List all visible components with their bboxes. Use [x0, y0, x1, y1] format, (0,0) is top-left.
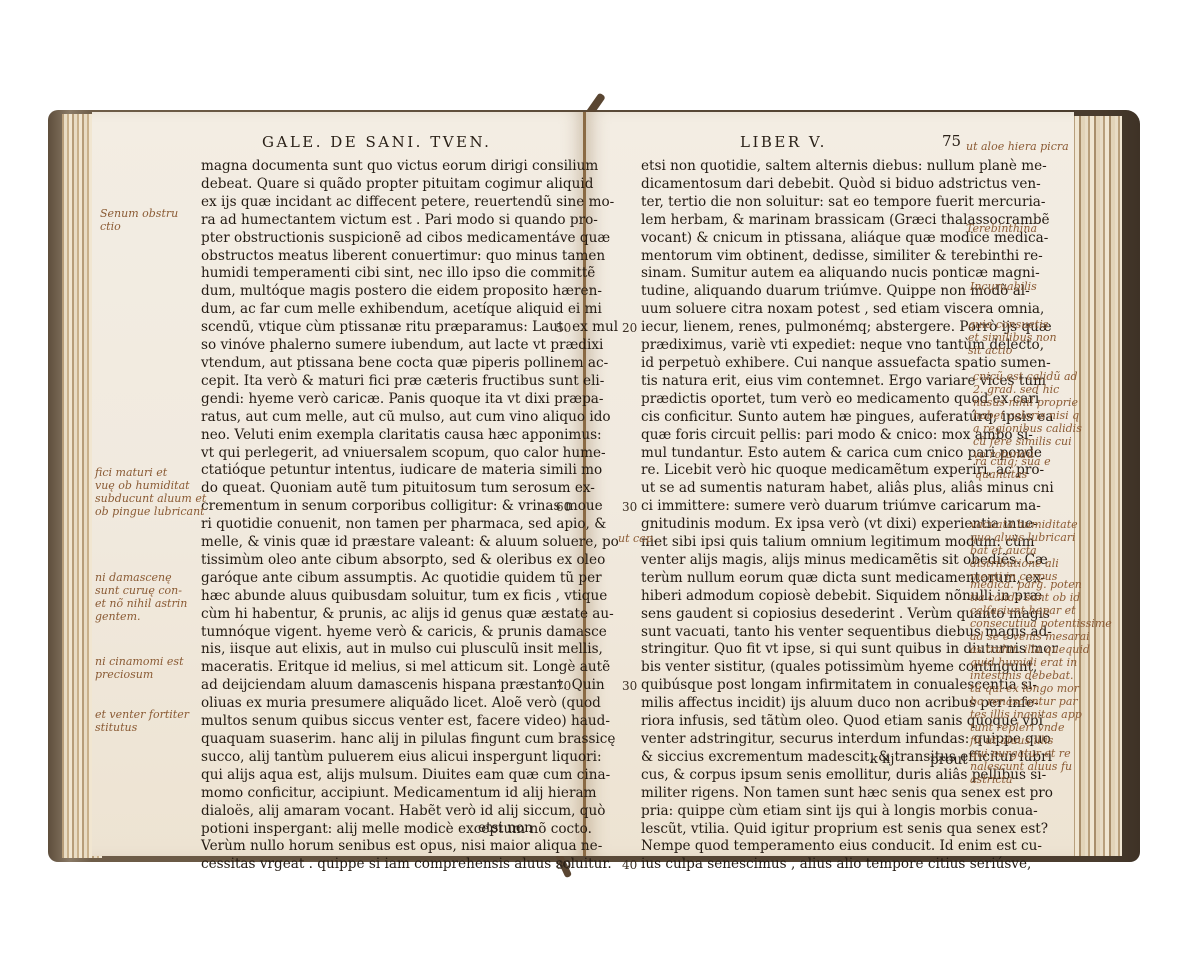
- text-line: magna documenta sunt quo victus eorum di…: [201, 158, 619, 176]
- folio-number: 75: [942, 132, 961, 150]
- text-line: humidi temperamenti cibi sint, nec illo …: [201, 265, 619, 283]
- text-line: ra ad humectantem victum est . Pari modo…: [201, 212, 619, 230]
- text-line: vt qui perlegerit, ad vniuersalem scopum…: [201, 445, 619, 463]
- text-line: qui alijs aqua est, alijs mulsum. Diuite…: [201, 767, 619, 785]
- text-line: dialoës, alij amaram vocant. Habẽt verò …: [201, 803, 619, 821]
- text-line: dum, multóque magis postero die eidem pr…: [201, 283, 619, 301]
- text-line: ex ijs quæ incidant ac diffecent petere,…: [201, 194, 619, 212]
- left-running-head: GALE. DE SANI. TVEN.: [262, 133, 491, 151]
- text-line: do queat. Quoniam autẽ tum pituitosum tu…: [201, 480, 619, 498]
- text-line: ter, tertio die non soluitur: sat eo tem…: [641, 194, 1058, 212]
- handwritten-annotation: medica. parg. poten tia calida sunt ob i…: [970, 578, 1112, 786]
- text-line: Nempe quod temperamento eius conducit. I…: [641, 838, 1058, 856]
- handwritten-annotation: ni damascenę sunt curuę con- et nõ nihil…: [95, 571, 187, 623]
- line-number: 20: [622, 321, 637, 335]
- line-number: 30: [622, 500, 637, 514]
- line-number: 80: [556, 858, 571, 872]
- text-line: garóque ante cibum assumptis. Ac quotidi…: [201, 570, 619, 588]
- text-line: succo, alij tantùm puluerem eius alicui …: [201, 749, 619, 767]
- handwritten-annotation: ut aloe hiera picra: [966, 140, 1069, 153]
- text-line: mentorum vim obtinent, dedisse, similite…: [641, 248, 1058, 266]
- signature-mark: k iij: [870, 752, 894, 767]
- line-number: 70: [556, 679, 571, 693]
- text-line: tissimùm oleo ante cibum absorpto, sed &…: [201, 552, 619, 570]
- line-number: 60: [556, 500, 571, 514]
- text-line: neo. Veluti enim exempla claritatis caus…: [201, 427, 619, 445]
- text-line: hæc abunde aluus quibusdam soluitur, tum…: [201, 588, 619, 606]
- handwritten-annotation: ut cap.: [618, 532, 656, 545]
- right-catchword: prout: [930, 752, 968, 768]
- text-line: potioni inspergant: alij melle modicè ex…: [201, 821, 619, 839]
- text-line: ci immittere: sumere verò duarum triúmve…: [641, 498, 1058, 516]
- line-number: 30: [622, 679, 637, 693]
- handwritten-annotation: Senum obstru ctio: [100, 207, 178, 233]
- text-line: ri quotidie conuenit, non tamen per phar…: [201, 516, 619, 534]
- text-line: pria: quippe cùm etiam sint ijs qui à lo…: [641, 803, 1058, 821]
- text-line: cepit. Ita verò & maturi fici præ cæteri…: [201, 373, 619, 391]
- line-number: 50: [556, 321, 571, 335]
- text-line: lescũt, vtilia. Quid igitur proprium est…: [641, 821, 1058, 839]
- text-line: nis, iisque aut elixis, aut in mulso cui…: [201, 641, 619, 659]
- handwritten-annotation: et venter fortiter stitutus: [95, 708, 189, 734]
- text-line: melle, & vinis quæ id præstare valeant: …: [201, 534, 619, 552]
- handwritten-annotation: vacuata humiditate quo aluus lubricari b…: [970, 518, 1078, 583]
- text-line: so vinóve phalerno sumere iubendum, aut …: [201, 337, 619, 355]
- text-line: ctatióque petuntur intentus, iudicare de…: [201, 462, 619, 480]
- text-line: pter obstructionis suspicionẽ ad cibos m…: [201, 230, 619, 248]
- left-page-text: magna documenta sunt quo victus eorum di…: [201, 158, 619, 874]
- handwritten-annotation: Terebinthina: [966, 222, 1037, 235]
- text-line: tumnóque vigent. hyeme verò & caricis, &…: [201, 624, 619, 642]
- handwritten-annotation: fici maturi et vuę ob humiditat subducun…: [95, 466, 206, 518]
- text-line: quaquam suaserim. hanc alij in pilulas f…: [201, 731, 619, 749]
- text-line: ut se ad sumentis naturam habet, aliâs p…: [641, 480, 1058, 498]
- left-catchword: etsi non: [478, 820, 533, 836]
- text-line: ius culpa senescimus , alius alio tempor…: [641, 856, 1058, 874]
- text-line: obstructos meatus liberent conuertimur: …: [201, 248, 619, 266]
- text-line: vtendum, aut ptissana bene cocta quæ pip…: [201, 355, 619, 373]
- text-line: Verùm nullo horum senibus est opus, nisi…: [201, 838, 619, 856]
- handwritten-annotation: ra cuiq; sua e quantitas: [975, 455, 1051, 481]
- text-line: debeat. Quare si quãdo propter pituitam …: [201, 176, 619, 194]
- text-line: dicamentosum dari debebit. Quòd si biduo…: [641, 176, 1058, 194]
- text-line: gendi: hyeme verò caricæ. Panis quoque i…: [201, 391, 619, 409]
- handwritten-annotation: Incuruabilis: [970, 280, 1037, 293]
- handwritten-annotation: cnicũ est calidũ ad 2. grad. sed hic nas…: [973, 370, 1082, 461]
- text-line: cùm hi habentur, & prunis, ac alijs id g…: [201, 606, 619, 624]
- text-line: etsi non quotidie, saltem alternis diebu…: [641, 158, 1058, 176]
- text-line: dum, ac far cum melle exhibendum, acetíq…: [201, 301, 619, 319]
- right-running-head: LIBER V.: [740, 133, 827, 151]
- handwritten-annotation: quia consuetis et similibus non sit acti…: [968, 318, 1057, 357]
- text-line: momo conficitur, accipiunt. Medicamentum…: [201, 785, 619, 803]
- line-number: 40: [622, 858, 637, 872]
- text-line: ratus, aut cum melle, aut cũ mulso, aut …: [201, 409, 619, 427]
- text-line: militer rigens. Non tamen sunt hæc senis…: [641, 785, 1058, 803]
- text-line: oliuas ex muria presumere aliquãdo licet…: [201, 695, 619, 713]
- handwritten-annotation: ni cinamomi est preciosum: [95, 655, 184, 681]
- text-line: uum soluere citra noxam potest , sed eti…: [641, 301, 1058, 319]
- text-line: maceratis. Eritque id melius, si mel att…: [201, 659, 619, 677]
- text-line: multos senum quibus siccus venter est, f…: [201, 713, 619, 731]
